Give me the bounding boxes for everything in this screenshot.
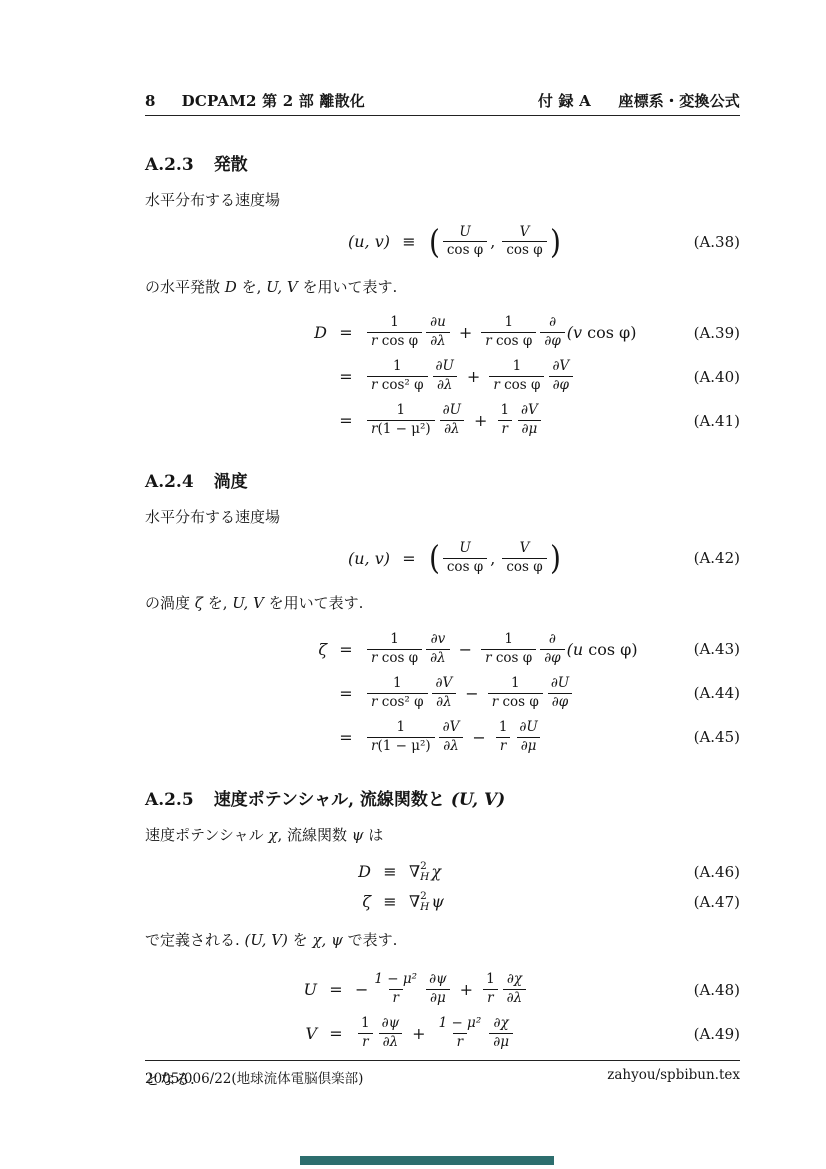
page-header: 8 DCPAM2 第 2 部 離散化 付 録 A 座標系・変換公式 bbox=[145, 0, 740, 111]
fraction: Vcos φ bbox=[502, 540, 546, 576]
paragraph: の渦度 ζ を, U, V を用いて表す. bbox=[145, 593, 740, 615]
equals-sign: = bbox=[390, 549, 428, 568]
paragraph: 速度ポテンシャル χ, 流線関数 ψ は bbox=[145, 825, 740, 847]
fraction: 1r cos φ bbox=[481, 631, 536, 667]
plus-sign: + bbox=[412, 1024, 425, 1043]
fraction: Ucos φ bbox=[443, 224, 487, 260]
equation-a43: ζ = 1r cos φ ∂v∂λ − 1r cos φ ∂∂φ (u cos … bbox=[145, 629, 740, 669]
equation-tail: (u cos φ) bbox=[567, 640, 638, 659]
nabla-operator: ∇ bbox=[409, 862, 420, 881]
page-content: 8 DCPAM2 第 2 部 離散化 付 録 A 座標系・変換公式 A.2.3発… bbox=[145, 0, 740, 1090]
open-paren: ( bbox=[429, 543, 440, 573]
equation-a49: V = 1r ∂ψ∂λ + 1 − μ²r ∂χ∂μ (A.49) bbox=[145, 1014, 740, 1054]
equation-number: (A.49) bbox=[694, 1025, 740, 1043]
appendix-label: 付 録 A bbox=[538, 92, 591, 110]
plus-sign: + bbox=[459, 323, 472, 342]
section-heading-a24: A.2.4渦度 bbox=[145, 467, 740, 492]
plus-sign: + bbox=[474, 411, 487, 430]
equation-a44: = 1r cos² φ ∂V∂λ − 1r cos φ ∂U∂φ (A.44) bbox=[145, 673, 740, 713]
section-number: A.2.4 bbox=[145, 472, 194, 492]
plus-sign: + bbox=[460, 980, 473, 999]
fraction: Ucos φ bbox=[443, 540, 487, 576]
fraction: ∂V∂λ bbox=[432, 675, 457, 711]
equation-tail: (v cos φ) bbox=[567, 323, 637, 342]
equation-number: (A.43) bbox=[694, 640, 740, 658]
footer-left: 2005/006/22(地球流体電脳倶楽部) bbox=[145, 1067, 363, 1087]
equation-a41: = 1r(1 − μ²) ∂U∂λ + 1r ∂V∂μ (A.41) bbox=[145, 401, 740, 441]
header-right-title: 座標系・変換公式 bbox=[618, 92, 740, 110]
equation-number: (A.40) bbox=[694, 368, 740, 386]
fraction: ∂U∂φ bbox=[547, 675, 573, 711]
page-number: 8 bbox=[145, 92, 156, 110]
equation-a46: D ≡ ∇2Hχ (A.46) bbox=[145, 859, 740, 885]
nabla-subscript: H bbox=[420, 872, 429, 883]
equation-number: (A.38) bbox=[694, 233, 740, 251]
fraction: 1r cos φ bbox=[481, 314, 536, 350]
header-left-title: DCPAM2 第 2 部 離散化 bbox=[182, 90, 365, 111]
section-number: A.2.3 bbox=[145, 155, 194, 175]
fraction: 1 − μ²r bbox=[435, 1015, 486, 1051]
equiv-sign: ≡ bbox=[371, 892, 409, 911]
negative-sign: − bbox=[355, 980, 368, 999]
open-paren: ( bbox=[429, 227, 440, 257]
equation-a48: U = − 1 − μ²r ∂ψ∂μ + 1r ∂χ∂λ (A.48) bbox=[145, 970, 740, 1010]
header-rule bbox=[145, 115, 740, 116]
equation-lhs: (u, v) bbox=[348, 232, 390, 251]
operand: ψ bbox=[431, 892, 444, 911]
minus-sign: − bbox=[459, 640, 472, 659]
equiv-sign: ≡ bbox=[371, 862, 409, 881]
equals-sign: = bbox=[327, 367, 365, 386]
fraction: ∂U∂μ bbox=[515, 719, 541, 755]
equation-a42: (u, v) = ( Ucos φ , Vcos φ ) (A.42) bbox=[145, 538, 740, 578]
equation-a39: D = 1r cos φ ∂u∂λ + 1r cos φ ∂∂φ (v cos … bbox=[145, 313, 740, 353]
fraction: ∂∂φ bbox=[540, 631, 564, 667]
equals-sign: = bbox=[327, 323, 365, 342]
equation-a38: (u, v) ≡ ( Ucos φ , Vcos φ ) (A.38) bbox=[145, 222, 740, 262]
fraction: ∂χ∂μ bbox=[489, 1015, 513, 1051]
minus-sign: − bbox=[465, 684, 478, 703]
section-heading-a25: A.2.5速度ポテンシャル, 流線関数と (U, V) bbox=[145, 785, 740, 810]
plus-sign: + bbox=[467, 367, 480, 386]
paragraph: 水平分布する速度場 bbox=[145, 507, 740, 529]
equation-number: (A.39) bbox=[694, 324, 740, 342]
equation-group-uv: U = − 1 − μ²r ∂ψ∂μ + 1r ∂χ∂λ (A.48) V = … bbox=[145, 970, 740, 1054]
equals-sign: = bbox=[327, 728, 365, 747]
nabla-subscript: H bbox=[420, 902, 429, 913]
equation-number: (A.47) bbox=[694, 893, 740, 911]
equation-group-vorticity: ζ = 1r cos φ ∂v∂λ − 1r cos φ ∂∂φ (u cos … bbox=[145, 629, 740, 757]
fraction: 1r bbox=[496, 402, 513, 438]
fraction: 1r cos φ bbox=[488, 675, 543, 711]
section-heading-a23: A.2.3発散 bbox=[145, 150, 740, 175]
equation-number: (A.41) bbox=[694, 412, 740, 430]
fraction: 1r bbox=[482, 971, 499, 1007]
equals-sign: = bbox=[327, 684, 365, 703]
equation-a47: ζ ≡ ∇2Hψ (A.47) bbox=[145, 889, 740, 915]
section-number: A.2.5 bbox=[145, 790, 194, 810]
equals-sign: = bbox=[317, 1024, 355, 1043]
equation-lhs: (u, v) bbox=[348, 549, 390, 568]
close-paren: ) bbox=[550, 227, 561, 257]
fraction: ∂ψ∂λ bbox=[378, 1015, 404, 1051]
fraction: ∂χ∂λ bbox=[503, 971, 527, 1007]
fraction: ∂∂φ bbox=[540, 314, 564, 350]
fraction: ∂V∂μ bbox=[517, 402, 542, 438]
section-title-math: (U, V) bbox=[451, 790, 505, 810]
equation-group-potential: D ≡ ∇2Hχ (A.46) ζ ≡ ∇2Hψ (A.47) bbox=[145, 859, 740, 915]
minus-sign: − bbox=[472, 728, 485, 747]
fraction: 1r cos φ bbox=[367, 631, 422, 667]
bottom-accent-bar bbox=[300, 1156, 554, 1165]
fraction: 1r cos² φ bbox=[367, 358, 428, 394]
section-title: 速度ポテンシャル, 流線関数と bbox=[214, 790, 451, 810]
fraction: 1r bbox=[495, 719, 512, 755]
fraction: Vcos φ bbox=[502, 224, 546, 260]
equation-a40: = 1r cos² φ ∂U∂λ + 1r cos φ ∂V∂φ (A.40) bbox=[145, 357, 740, 397]
equation-number: (A.46) bbox=[694, 863, 740, 881]
fraction: 1r(1 − μ²) bbox=[367, 402, 435, 438]
fraction: 1 − μ²r bbox=[370, 971, 421, 1007]
equation-number: (A.48) bbox=[694, 981, 740, 999]
paragraph: 水平分布する速度場 bbox=[145, 190, 740, 212]
close-paren: ) bbox=[550, 543, 561, 573]
equation-group-divergence: D = 1r cos φ ∂u∂λ + 1r cos φ ∂∂φ (v cos … bbox=[145, 313, 740, 441]
section-title: 渦度 bbox=[214, 472, 248, 492]
fraction: ∂ψ∂μ bbox=[425, 971, 451, 1007]
nabla-operator: ∇ bbox=[409, 892, 420, 911]
paragraph: で定義される. (U, V) を χ, ψ で表す. bbox=[145, 930, 740, 952]
page-footer: 2005/006/22(地球流体電脳倶楽部) zahyou/spbibun.te… bbox=[145, 1060, 740, 1087]
paragraph: の水平発散 D を, U, V を用いて表す. bbox=[145, 277, 740, 299]
fraction: 1r bbox=[357, 1015, 374, 1051]
equation-number: (A.44) bbox=[694, 684, 740, 702]
header-right: 付 録 A 座標系・変換公式 bbox=[538, 90, 740, 111]
fraction: ∂U∂λ bbox=[439, 402, 465, 438]
fraction: ∂u∂λ bbox=[426, 314, 450, 350]
comma: , bbox=[490, 549, 495, 568]
fraction: ∂V∂λ bbox=[439, 719, 464, 755]
operand: χ bbox=[431, 862, 441, 881]
equation-number: (A.42) bbox=[694, 549, 740, 567]
equals-sign: = bbox=[317, 980, 355, 999]
equals-sign: = bbox=[327, 640, 365, 659]
fraction: ∂U∂λ bbox=[432, 358, 458, 394]
fraction: ∂V∂φ bbox=[548, 358, 573, 394]
equiv-sign: ≡ bbox=[390, 232, 428, 251]
fraction: 1r cos φ bbox=[489, 358, 544, 394]
fraction: ∂v∂λ bbox=[426, 631, 450, 667]
section-title: 発散 bbox=[214, 155, 248, 175]
fraction: 1r(1 − μ²) bbox=[367, 719, 435, 755]
equation-a45: = 1r(1 − μ²) ∂V∂λ − 1r ∂U∂μ (A.45) bbox=[145, 717, 740, 757]
equation-number: (A.45) bbox=[694, 728, 740, 746]
fraction: 1r cos φ bbox=[367, 314, 422, 350]
comma: , bbox=[490, 232, 495, 251]
fraction: 1r cos² φ bbox=[367, 675, 428, 711]
footer-right-filename: zahyou/spbibun.tex bbox=[607, 1067, 740, 1087]
equals-sign: = bbox=[327, 411, 365, 430]
